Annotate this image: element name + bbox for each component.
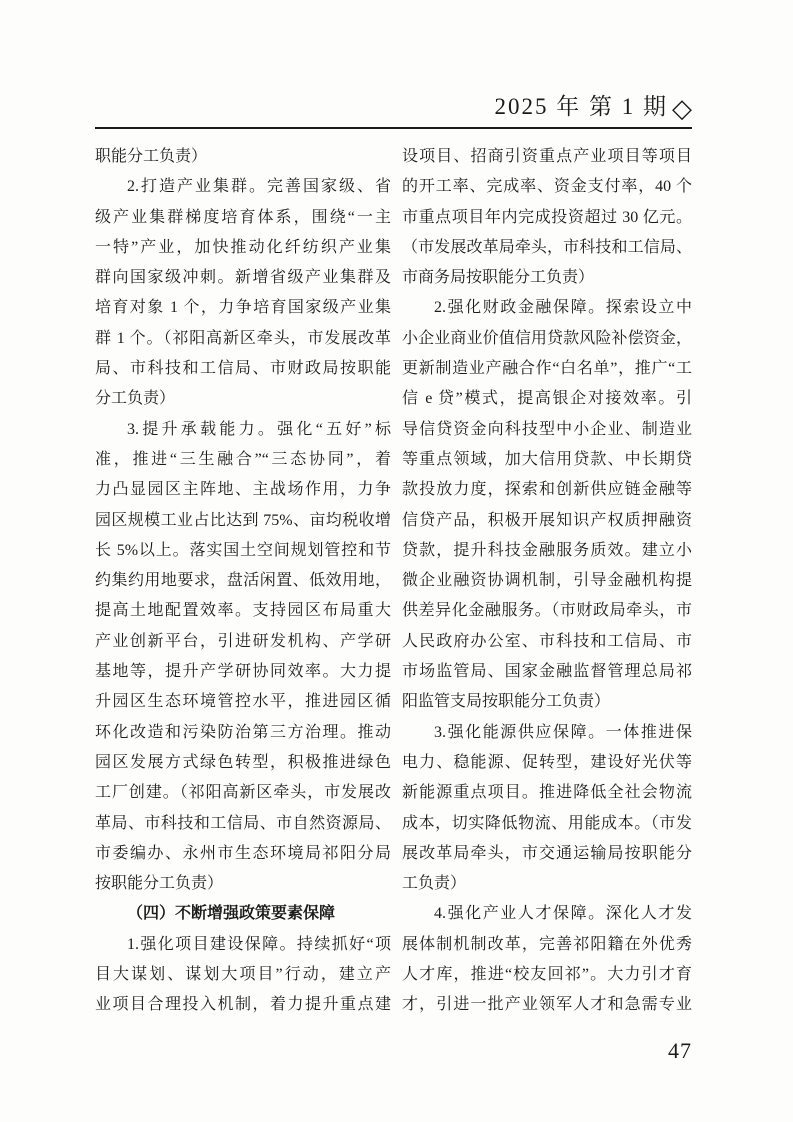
text-line: 才，引进一批产业领军人才和急需专业 — [402, 990, 692, 1020]
text-line: 工厂创建。（祁阳高新区牵头，市发展改 — [95, 778, 391, 808]
document-page: 2025 年 第 1 期◇ 职能分工负责）2.打造产业集群。完善国家级、省级产业… — [0, 0, 793, 1122]
text-line: 阳监管支局按职能分工负责） — [402, 687, 692, 717]
text-line: 小企业商业价值信用贷款风险补偿资金， — [402, 324, 692, 354]
text-line: 产业创新平台，引进研发机构、产学研 — [95, 627, 391, 657]
text-line: （市发展改革局牵头，市科技和工信局、 — [402, 233, 692, 263]
section-heading: （四）不断增强政策要素保障 — [95, 899, 391, 929]
text-line: 1.强化项目建设保障。持续抓好“项 — [95, 930, 391, 960]
text-line: 革局、市科技和工信局、市自然资源局、 — [95, 809, 391, 839]
text-line: 2.打造产业集群。完善国家级、省 — [95, 172, 391, 202]
text-line: 业项目合理投入机制，着力提升重点建 — [95, 990, 391, 1020]
text-line: 电力、稳能源、促转型，建设好光伏等 — [402, 748, 692, 778]
text-line: 人才库，推进“校友回祁”。大力引才育 — [402, 960, 692, 990]
text-line: 约集约用地要求，盘活闲置、低效用地， — [95, 566, 391, 596]
text-line: 微企业融资协调机制，引导金融机构提 — [402, 566, 692, 596]
text-line: 款投放力度，探索和创新供应链金融等 — [402, 475, 692, 505]
text-line: 职能分工负责） — [95, 142, 391, 172]
text-line: 市重点项目年内完成投资超过 30 亿元。 — [402, 203, 692, 233]
page-number: 47 — [95, 1038, 692, 1064]
text-line: 成本，切实降低物流、用能成本。（市发 — [402, 809, 692, 839]
text-line: 人民政府办公室、市科技和工信局、市 — [402, 627, 692, 657]
text-line: 长 5%以上。落实国土空间规划管控和节 — [95, 536, 391, 566]
text-line: 市场监管局、国家金融监督管理总局祁 — [402, 657, 692, 687]
text-line: 环化改造和污染防治第三方治理。推动 — [95, 718, 391, 748]
text-line: 一特”产业，加快推动化纤纺织产业集 — [95, 233, 391, 263]
right-column: 设项目、招商引资重点产业项目等项目的开工率、完成率、资金支付率，40 个市重点项… — [402, 142, 692, 1021]
text-line: 分工负责） — [95, 384, 391, 414]
text-line: 信贷产品，积极开展知识产权质押融资 — [402, 506, 692, 536]
text-line: 的开工率、完成率、资金支付率，40 个 — [402, 172, 692, 202]
text-line: 信 e 贷”模式，提高银企对接效率。引 — [402, 384, 692, 414]
text-line: 级产业集群梯度培育体系，围绕“一主 — [95, 203, 391, 233]
text-line: 力凸显园区主阵地、主战场作用，力争 — [95, 475, 391, 505]
page-header: 2025 年 第 1 期◇ — [95, 88, 692, 129]
text-line: 3.强化能源供应保障。一体推进保 — [402, 718, 692, 748]
text-columns: 职能分工负责）2.打造产业集群。完善国家级、省级产业集群梯度培育体系，围绕“一主… — [95, 142, 692, 1021]
text-line: 升园区生态环境管控水平，推进园区循 — [95, 687, 391, 717]
text-line: 准，推进“三生融合”“三态协同”，着 — [95, 445, 391, 475]
text-line: 贷款，提升科技金融服务质效。建立小 — [402, 536, 692, 566]
text-line: 工负责） — [402, 869, 692, 899]
text-line: 展改革局牵头，市交通运输局按职能分 — [402, 839, 692, 869]
issue-label: 2025 年 第 1 期 — [495, 94, 669, 119]
text-line: 4.强化产业人才保障。深化人才发 — [402, 899, 692, 929]
diamond-icon: ◇ — [672, 94, 692, 124]
text-line: 群 1 个。（祁阳高新区牵头，市发展改革 — [95, 324, 391, 354]
text-line: 提高土地配置效率。支持园区布局重大 — [95, 596, 391, 626]
text-line: 局、市科技和工信局、市财政局按职能 — [95, 354, 391, 384]
text-line: 展体制机制改革，完善祁阳籍在外优秀 — [402, 930, 692, 960]
left-column: 职能分工负责）2.打造产业集群。完善国家级、省级产业集群梯度培育体系，围绕“一主… — [95, 142, 391, 1021]
text-line: 按职能分工负责） — [95, 869, 391, 899]
text-line: 导信贷资金向科技型中小企业、制造业 — [402, 415, 692, 445]
text-line: 园区发展方式绿色转型，积极推进绿色 — [95, 748, 391, 778]
text-line: 市委编办、永州市生态环境局祁阳分局 — [95, 839, 391, 869]
text-line: 园区规模工业占比达到 75%、亩均税收增 — [95, 506, 391, 536]
text-line: 2.强化财政金融保障。探索设立中 — [402, 293, 692, 323]
text-line: 设项目、招商引资重点产业项目等项目 — [402, 142, 692, 172]
text-line: 群向国家级冲刺。新增省级产业集群及 — [95, 263, 391, 293]
text-line: 培育对象 1 个，力争培育国家级产业集 — [95, 293, 391, 323]
text-line: 供差异化金融服务。（市财政局牵头，市 — [402, 596, 692, 626]
text-line: 市商务局按职能分工负责） — [402, 263, 692, 293]
text-line: 基地等，提升产学研协同效率。大力提 — [95, 657, 391, 687]
text-line: 更新制造业产融合作“白名单”，推广“工 — [402, 354, 692, 384]
text-line: 等重点领域，加大信用贷款、中长期贷 — [402, 445, 692, 475]
text-line: 新能源重点项目。推进降低全社会物流 — [402, 778, 692, 808]
text-line: 目大谋划、谋划大项目”行动，建立产 — [95, 960, 391, 990]
text-line: 3.提升承载能力。强化“五好”标 — [95, 415, 391, 445]
